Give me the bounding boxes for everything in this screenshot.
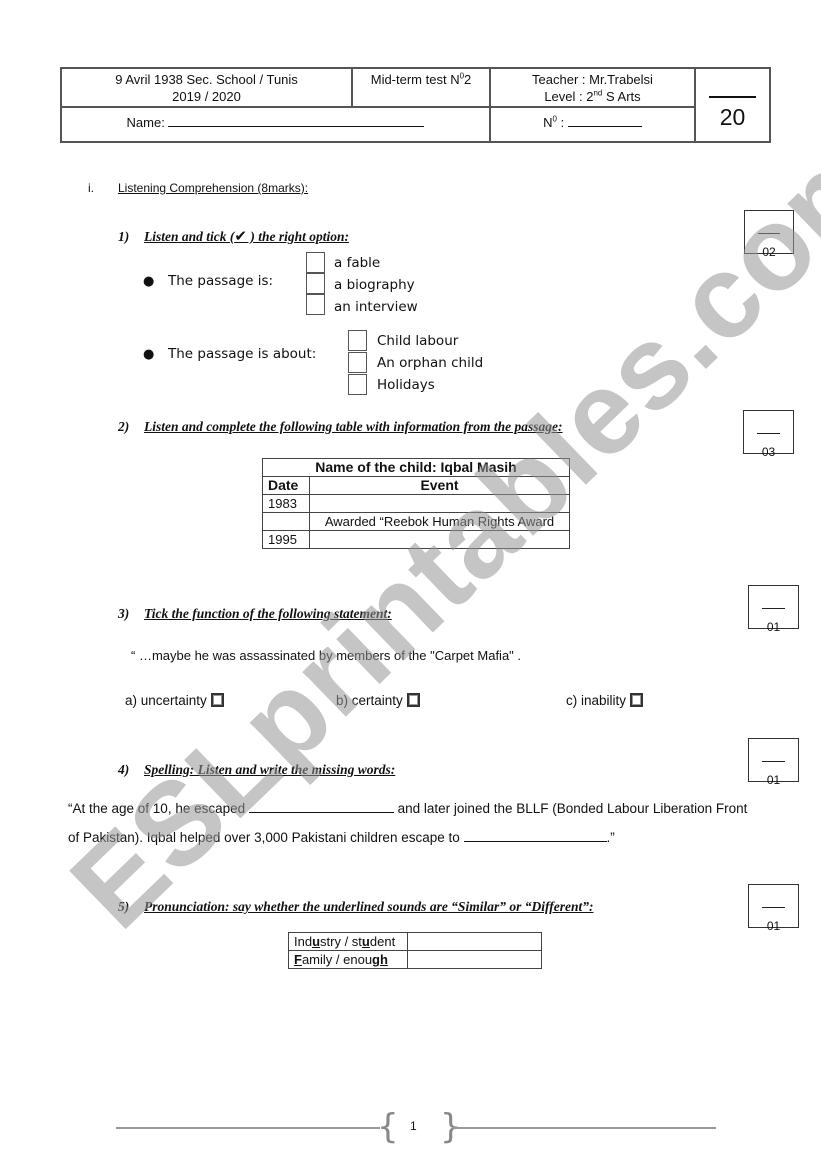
teacher-info: Teacher : Mr.Trabelsi Level : 2nd S Arts — [491, 71, 694, 105]
answer-cell-input[interactable] — [408, 951, 542, 969]
left-brace-icon: { — [377, 1110, 399, 1144]
level: Level : 2nd S Arts — [491, 88, 694, 105]
q5-table: Industry / student Family / enough — [288, 932, 542, 969]
q4-score-box: 01 — [748, 738, 799, 782]
table-row: Family / enough — [289, 951, 542, 969]
q3-statement: “ …maybe he was assassinated by members … — [131, 648, 521, 663]
checkbox-a-biography[interactable] — [306, 273, 325, 294]
student-number-field[interactable]: N0 : — [491, 114, 694, 131]
table-row: Industry / student — [289, 933, 542, 951]
test-title: Mid-term test N02 — [353, 71, 489, 88]
q4-line-2: of Pakistan). Iqbal helped over 3,000 Pa… — [68, 830, 615, 845]
school-year: 2019 / 2020 — [62, 88, 351, 105]
option-uncertainty[interactable]: a) uncertainty — [125, 693, 224, 708]
event-cell-input[interactable] — [310, 495, 570, 513]
teacher-name: Teacher : Mr.Trabelsi — [491, 71, 694, 88]
score-blank[interactable] — [709, 96, 756, 98]
table-row: 1983 — [263, 495, 570, 513]
watermark: ESLprintables.com — [45, 301, 715, 955]
missing-word-1-blank[interactable] — [249, 812, 394, 813]
name-field[interactable]: Name: — [62, 114, 489, 131]
bullet-icon: ● — [143, 347, 154, 362]
checkbox-holidays[interactable] — [348, 374, 367, 395]
underlined-sound: u — [312, 934, 320, 949]
table-header: Date — [263, 477, 310, 495]
q2-title: 2)Listen and complete the following tabl… — [118, 419, 563, 435]
checkbox-an-interview[interactable] — [306, 294, 325, 315]
check-icon: ✔ — [234, 227, 247, 245]
table-header: Event — [310, 477, 570, 495]
option-label: Child labour — [377, 333, 458, 349]
event-cell-input[interactable] — [310, 531, 570, 549]
footer-line — [116, 1127, 380, 1129]
q1-title: 1)Listen and tick (✔ ) the right option: — [118, 227, 349, 245]
total-score-box: 20 — [696, 69, 769, 141]
word-pair: Family / enough — [289, 951, 408, 969]
checkbox-inability[interactable] — [630, 693, 643, 707]
school-name: 9 Avril 1938 Sec. School / Tunis — [62, 71, 351, 88]
option-label: Holidays — [377, 377, 435, 393]
q2-score-box: 03 — [743, 410, 794, 454]
score-blank[interactable] — [757, 433, 780, 434]
event-cell: Awarded “Reebok Human Rights Award — [310, 513, 570, 531]
table-caption: Name of the child: Iqbal Masih — [263, 459, 570, 477]
underlined-sound: u — [362, 934, 370, 949]
score-blank[interactable] — [762, 907, 785, 908]
score-blank[interactable] — [762, 761, 785, 762]
q4-title: 4)Spelling: Listen and write the missing… — [118, 762, 395, 778]
missing-word-2-blank[interactable] — [464, 841, 607, 842]
test-title-number: 2 — [464, 72, 471, 87]
school-info: 9 Avril 1938 Sec. School / Tunis 2019 / … — [62, 71, 351, 105]
option-label: a biography — [334, 277, 415, 293]
q1-points: 02 — [745, 246, 793, 256]
q1-group-2-prompt: The passage is about: — [168, 346, 316, 362]
checkbox-certainty[interactable] — [407, 693, 420, 707]
total-score: 20 — [696, 103, 769, 131]
date-cell-input[interactable] — [263, 513, 310, 531]
score-blank[interactable] — [762, 608, 785, 609]
table-row: 1995 — [263, 531, 570, 549]
underlined-sound: F — [294, 952, 302, 967]
name-blank[interactable] — [168, 126, 424, 127]
name-label: Name: — [127, 115, 165, 130]
section-number: i. — [88, 181, 94, 195]
q5-title: 5)Pronunciation: say whether the underli… — [118, 899, 593, 915]
q3-points: 01 — [749, 621, 798, 631]
q4-line-1: “At the age of 10, he escaped and later … — [68, 801, 747, 816]
page-number: 1 — [410, 1119, 417, 1133]
answer-cell-input[interactable] — [408, 933, 542, 951]
option-label: An orphan child — [377, 355, 483, 371]
footer-line — [453, 1127, 716, 1129]
checkbox-uncertainty[interactable] — [211, 693, 224, 707]
q1-group-1-prompt: The passage is: — [168, 273, 273, 289]
q4-points: 01 — [749, 774, 798, 784]
checkbox-orphan-child[interactable] — [348, 352, 367, 373]
date-cell: 1995 — [263, 531, 310, 549]
divider — [62, 106, 694, 108]
number-blank[interactable] — [568, 126, 642, 127]
option-label: an interview — [334, 299, 418, 315]
word-pair: Industry / student — [289, 933, 408, 951]
underlined-sound: gh — [372, 952, 388, 967]
table-row: Awarded “Reebok Human Rights Award — [263, 513, 570, 531]
q2-table: Name of the child: Iqbal Masih Date Even… — [262, 458, 570, 549]
q5-score-box: 01 — [748, 884, 799, 928]
option-certainty[interactable]: b) certainty — [336, 693, 420, 708]
q5-points: 01 — [749, 920, 798, 930]
q3-title: 3)Tick the function of the following sta… — [118, 606, 392, 622]
option-label: a fable — [334, 255, 380, 271]
checkbox-child-labour[interactable] — [348, 330, 367, 351]
bullet-icon: ● — [143, 274, 154, 289]
header-table: 9 Avril 1938 Sec. School / Tunis 2019 / … — [60, 67, 771, 143]
checkbox-a-fable[interactable] — [306, 252, 325, 273]
q1-score-box: 02 — [744, 210, 794, 254]
section-title: Listening Comprehension (8marks): — [118, 181, 308, 195]
q3-score-box: 01 — [748, 585, 799, 629]
option-inability[interactable]: c) inability — [566, 693, 643, 708]
date-cell: 1983 — [263, 495, 310, 513]
q2-points: 03 — [744, 446, 793, 456]
test-title-text: Mid-term test N — [371, 72, 460, 87]
score-blank[interactable] — [758, 233, 780, 234]
